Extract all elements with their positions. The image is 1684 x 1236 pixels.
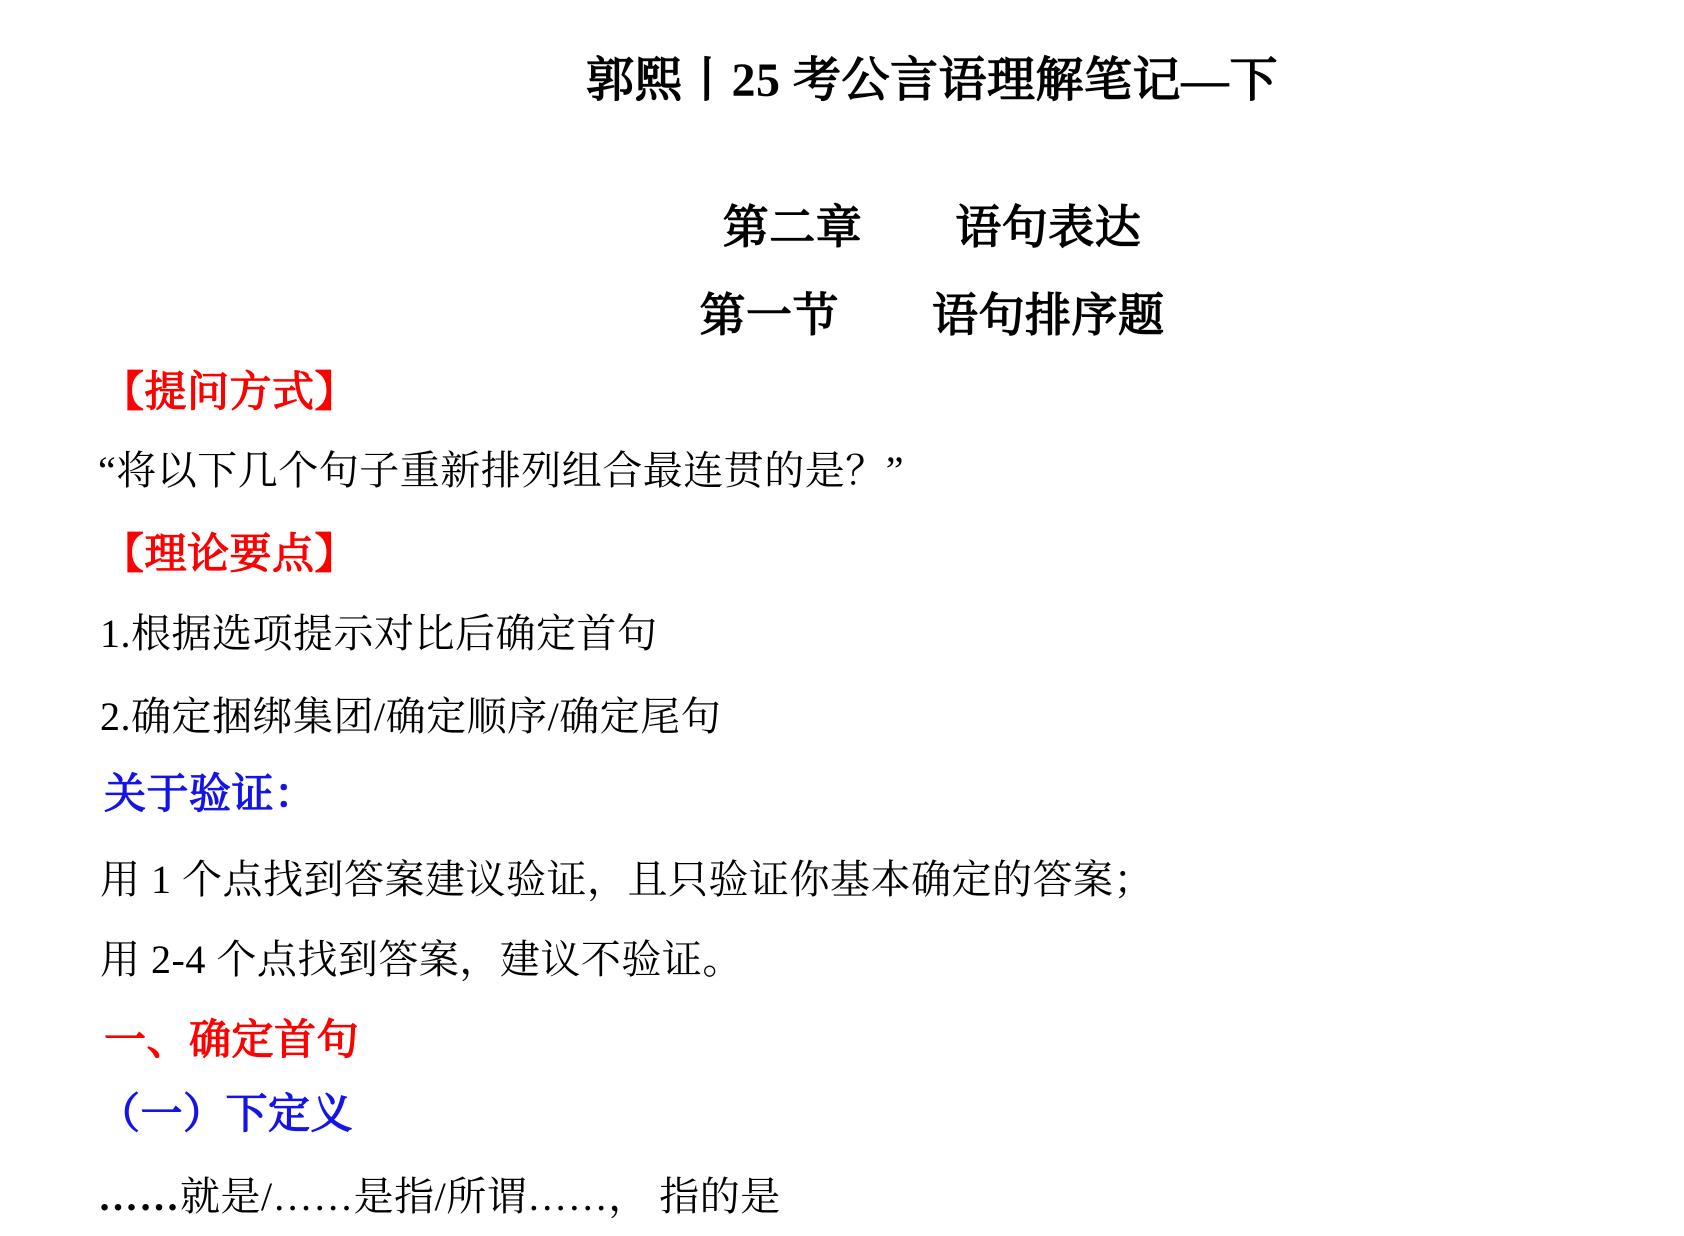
document-title: 郭熙丨25 考公言语理解笔记—下 <box>0 54 1684 108</box>
verification-heading: 关于验证： <box>104 772 317 819</box>
definition-pattern-lead-ellipsis: …… <box>98 1174 180 1219</box>
question-method-quote: “将以下几个句子重新排列组合最连贯的是？” <box>98 449 904 494</box>
definition-pattern-line: ……就是/……是指/所谓……， 指的是 <box>98 1175 781 1220</box>
definition-pattern-text: 就是/……是指/所谓……， 指的是 <box>180 1174 781 1219</box>
question-method-heading: 【提问方式】 <box>102 370 357 417</box>
theory-points-heading: 【理论要点】 <box>102 532 357 579</box>
definition-subheading: （一）下定义 <box>98 1092 353 1139</box>
theory-point-item: 1.根据选项提示对比后确定首句 <box>100 612 658 657</box>
notes-page: 郭熙丨25 考公言语理解笔记—下 第二章 语句表达 第一节 语句排序题 【提问方… <box>0 0 1684 1236</box>
chapter-heading: 第二章 语句表达 <box>0 202 1684 254</box>
section-heading: 第一节 语句排序题 <box>0 290 1684 342</box>
theory-point-item: 2.确定捆绑集团/确定顺序/确定尾句 <box>100 695 721 740</box>
verification-line: 用 1 个点找到答案建议验证，且只验证你基本确定的答案； <box>100 858 1154 903</box>
determine-first-sentence-heading: 一、确定首句 <box>104 1018 359 1065</box>
verification-line: 用 2-4 个点找到答案，建议不验证。 <box>100 938 743 983</box>
